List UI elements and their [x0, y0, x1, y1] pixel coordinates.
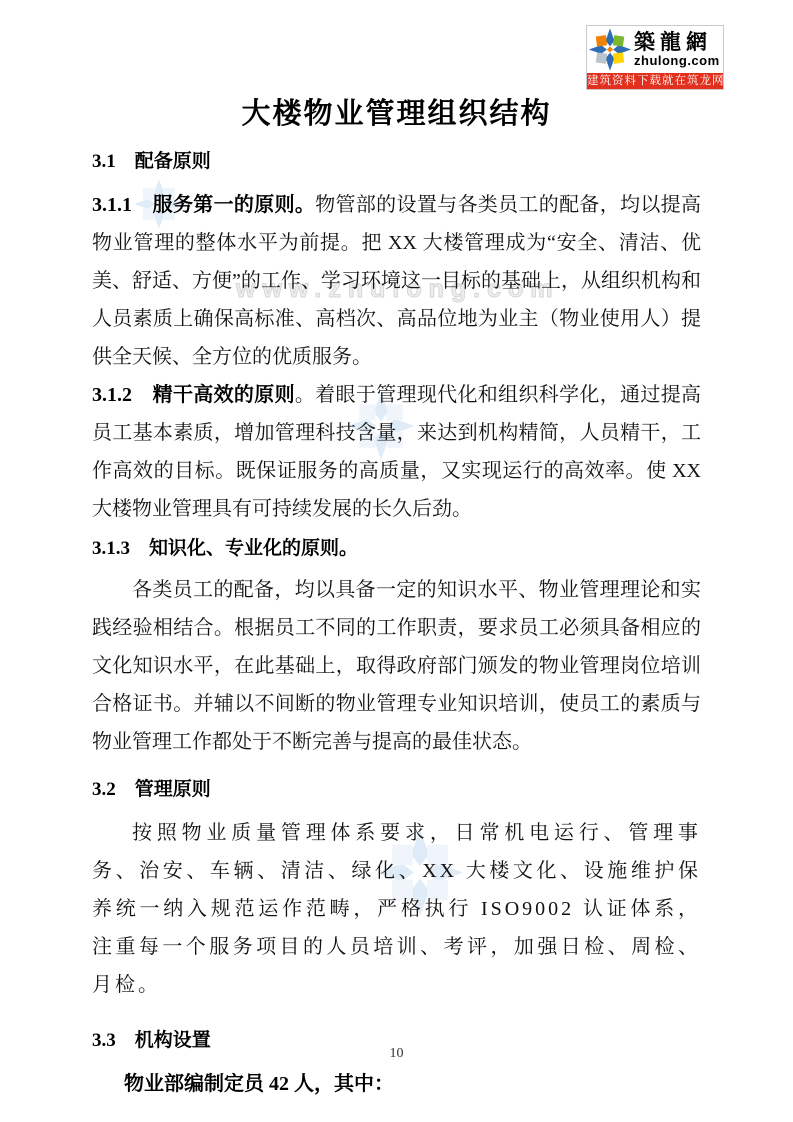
paragraph-3-2: 按照物业质量管理体系要求，日常机电运行、管理事务、治安、车辆、清洁、绿化、XX …: [92, 814, 701, 1004]
zhulong-logo-name: 築龍網: [634, 31, 720, 54]
section-heading-3-1-3: 3.1.3 知识化、专业化的原则。: [92, 536, 701, 561]
staffing-line: 物业部编制定员 42 人，其中：: [92, 1065, 701, 1103]
zhulong-logo-domain: zhulong.com: [634, 54, 720, 68]
zhulong-logo: 築龍網 zhulong.com 建筑资料下载就在筑龙网: [586, 25, 724, 90]
zhulong-logo-main: 築龍網 zhulong.com: [587, 26, 723, 73]
section-heading-3-2: 3.2 管理原则: [92, 777, 701, 802]
page-title: 大楼物业管理组织结构: [92, 96, 701, 133]
paragraph-3-1-1: 3.1.1 服务第一的原则。物管部的设置与各类员工的配备，均以提高物业管理的整体…: [92, 186, 701, 376]
page-number: 10: [0, 1046, 793, 1062]
document-page: www.zhulong.com 築龍網 zhulong.com 建筑资料下载就在…: [0, 0, 793, 1122]
paragraph-3-1-2: 3.1.2 精干高效的原则。着眼于管理现代化和组织科学化，通过提高员工基本素质，…: [92, 376, 701, 528]
paragraph-3-1-1-lead: 3.1.1 服务第一的原则。: [92, 194, 315, 216]
zhulong-logo-text: 築龍網 zhulong.com: [634, 31, 720, 68]
document-content: 大楼物业管理组织结构 3.1 配备原则 3.1.1 服务第一的原则。物管部的设置…: [0, 0, 793, 1103]
section-heading-3-1: 3.1 配备原则: [92, 149, 701, 174]
paragraph-3-1-1-body: 物管部的设置与各类员工的配备，均以提高物业管理的整体水平为前提。把 XX 大楼管…: [92, 194, 701, 368]
zhulong-logo-banner: 建筑资料下载就在筑龙网: [587, 73, 723, 89]
zhulong-pinwheel-icon: [588, 27, 632, 72]
paragraph-3-1-2-lead: 3.1.2 精干高效的原则: [92, 384, 295, 406]
paragraph-3-1-3: 各类员工的配备，均以具备一定的知识水平、物业管理理论和实践经验相结合。根据员工不…: [92, 571, 701, 761]
